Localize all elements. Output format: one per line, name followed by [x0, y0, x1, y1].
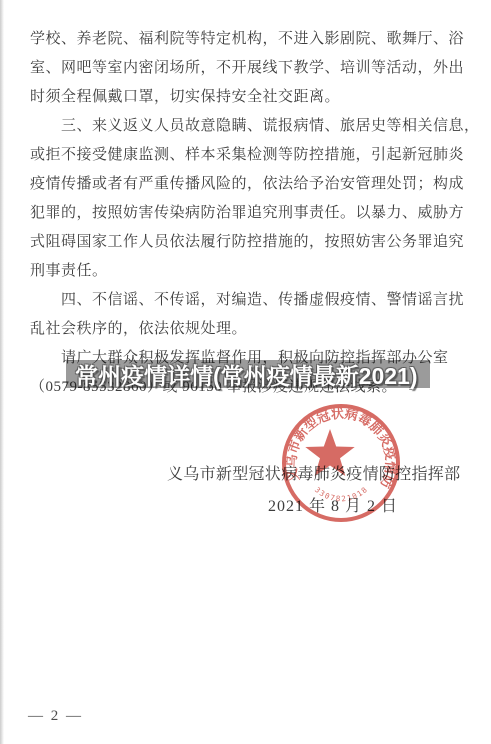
text-line: 室、网吧等室内密闭场所，不开展线下教学、培训等活动，外出 [30, 54, 466, 83]
text-line: 或拒不接受健康监测、样本采集检测等防控措施，引起新冠肺炎 [30, 141, 466, 170]
text-line: 乱社会秩序的，依法依规处理。 [30, 315, 466, 344]
page-title: 常州疫情详情(常州疫情最新2021) [66, 360, 430, 388]
star-icon [305, 429, 354, 476]
text-line: 疫情传播或者有严重传播风险的，依法给予治安管理处罚；构成 [30, 170, 466, 199]
text-line: 三、来义返义人员故意隐瞒、谎报病情、旅居史等相关信息， [30, 112, 466, 141]
official-seal: 义乌市新型冠状病毒肺炎疫情防控指挥部 330782101858 [275, 397, 407, 529]
scan-edge-shadow [0, 0, 4, 744]
text-line: 四、不信谣、不传谣，对编造、传播虚假疫情、警情谣言扰 [30, 286, 466, 315]
document-page: 学校、养老院、福利院等特定机构，不进入影剧院、歌舞厅、浴室、网吧等室内密闭场所，… [0, 0, 491, 744]
document-body: 学校、养老院、福利院等特定机构，不进入影剧院、歌舞厅、浴室、网吧等室内密闭场所，… [30, 25, 466, 402]
page-number: — 2 — [28, 708, 83, 725]
seal-ring-text: 义乌市新型冠状病毒肺炎疫情防控指挥部 [275, 397, 398, 490]
text-line: 时须全程佩戴口罩，切实保持安全社交距离。 [30, 83, 466, 112]
text-line: 刑事责任。 [30, 257, 466, 286]
page-title-text: 常州疫情详情(常州疫情最新2021) [75, 358, 417, 391]
text-line: 学校、养老院、福利院等特定机构，不进入影剧院、歌舞厅、浴 [30, 25, 466, 54]
text-line: 犯罪的，按照妨害传染病防治罪追究刑事责任。以暴力、威胁方 [30, 199, 466, 228]
text-line: 式阻碍国家工作人员依法履行防控措施的，按照妨害公务罪追究 [30, 228, 466, 257]
